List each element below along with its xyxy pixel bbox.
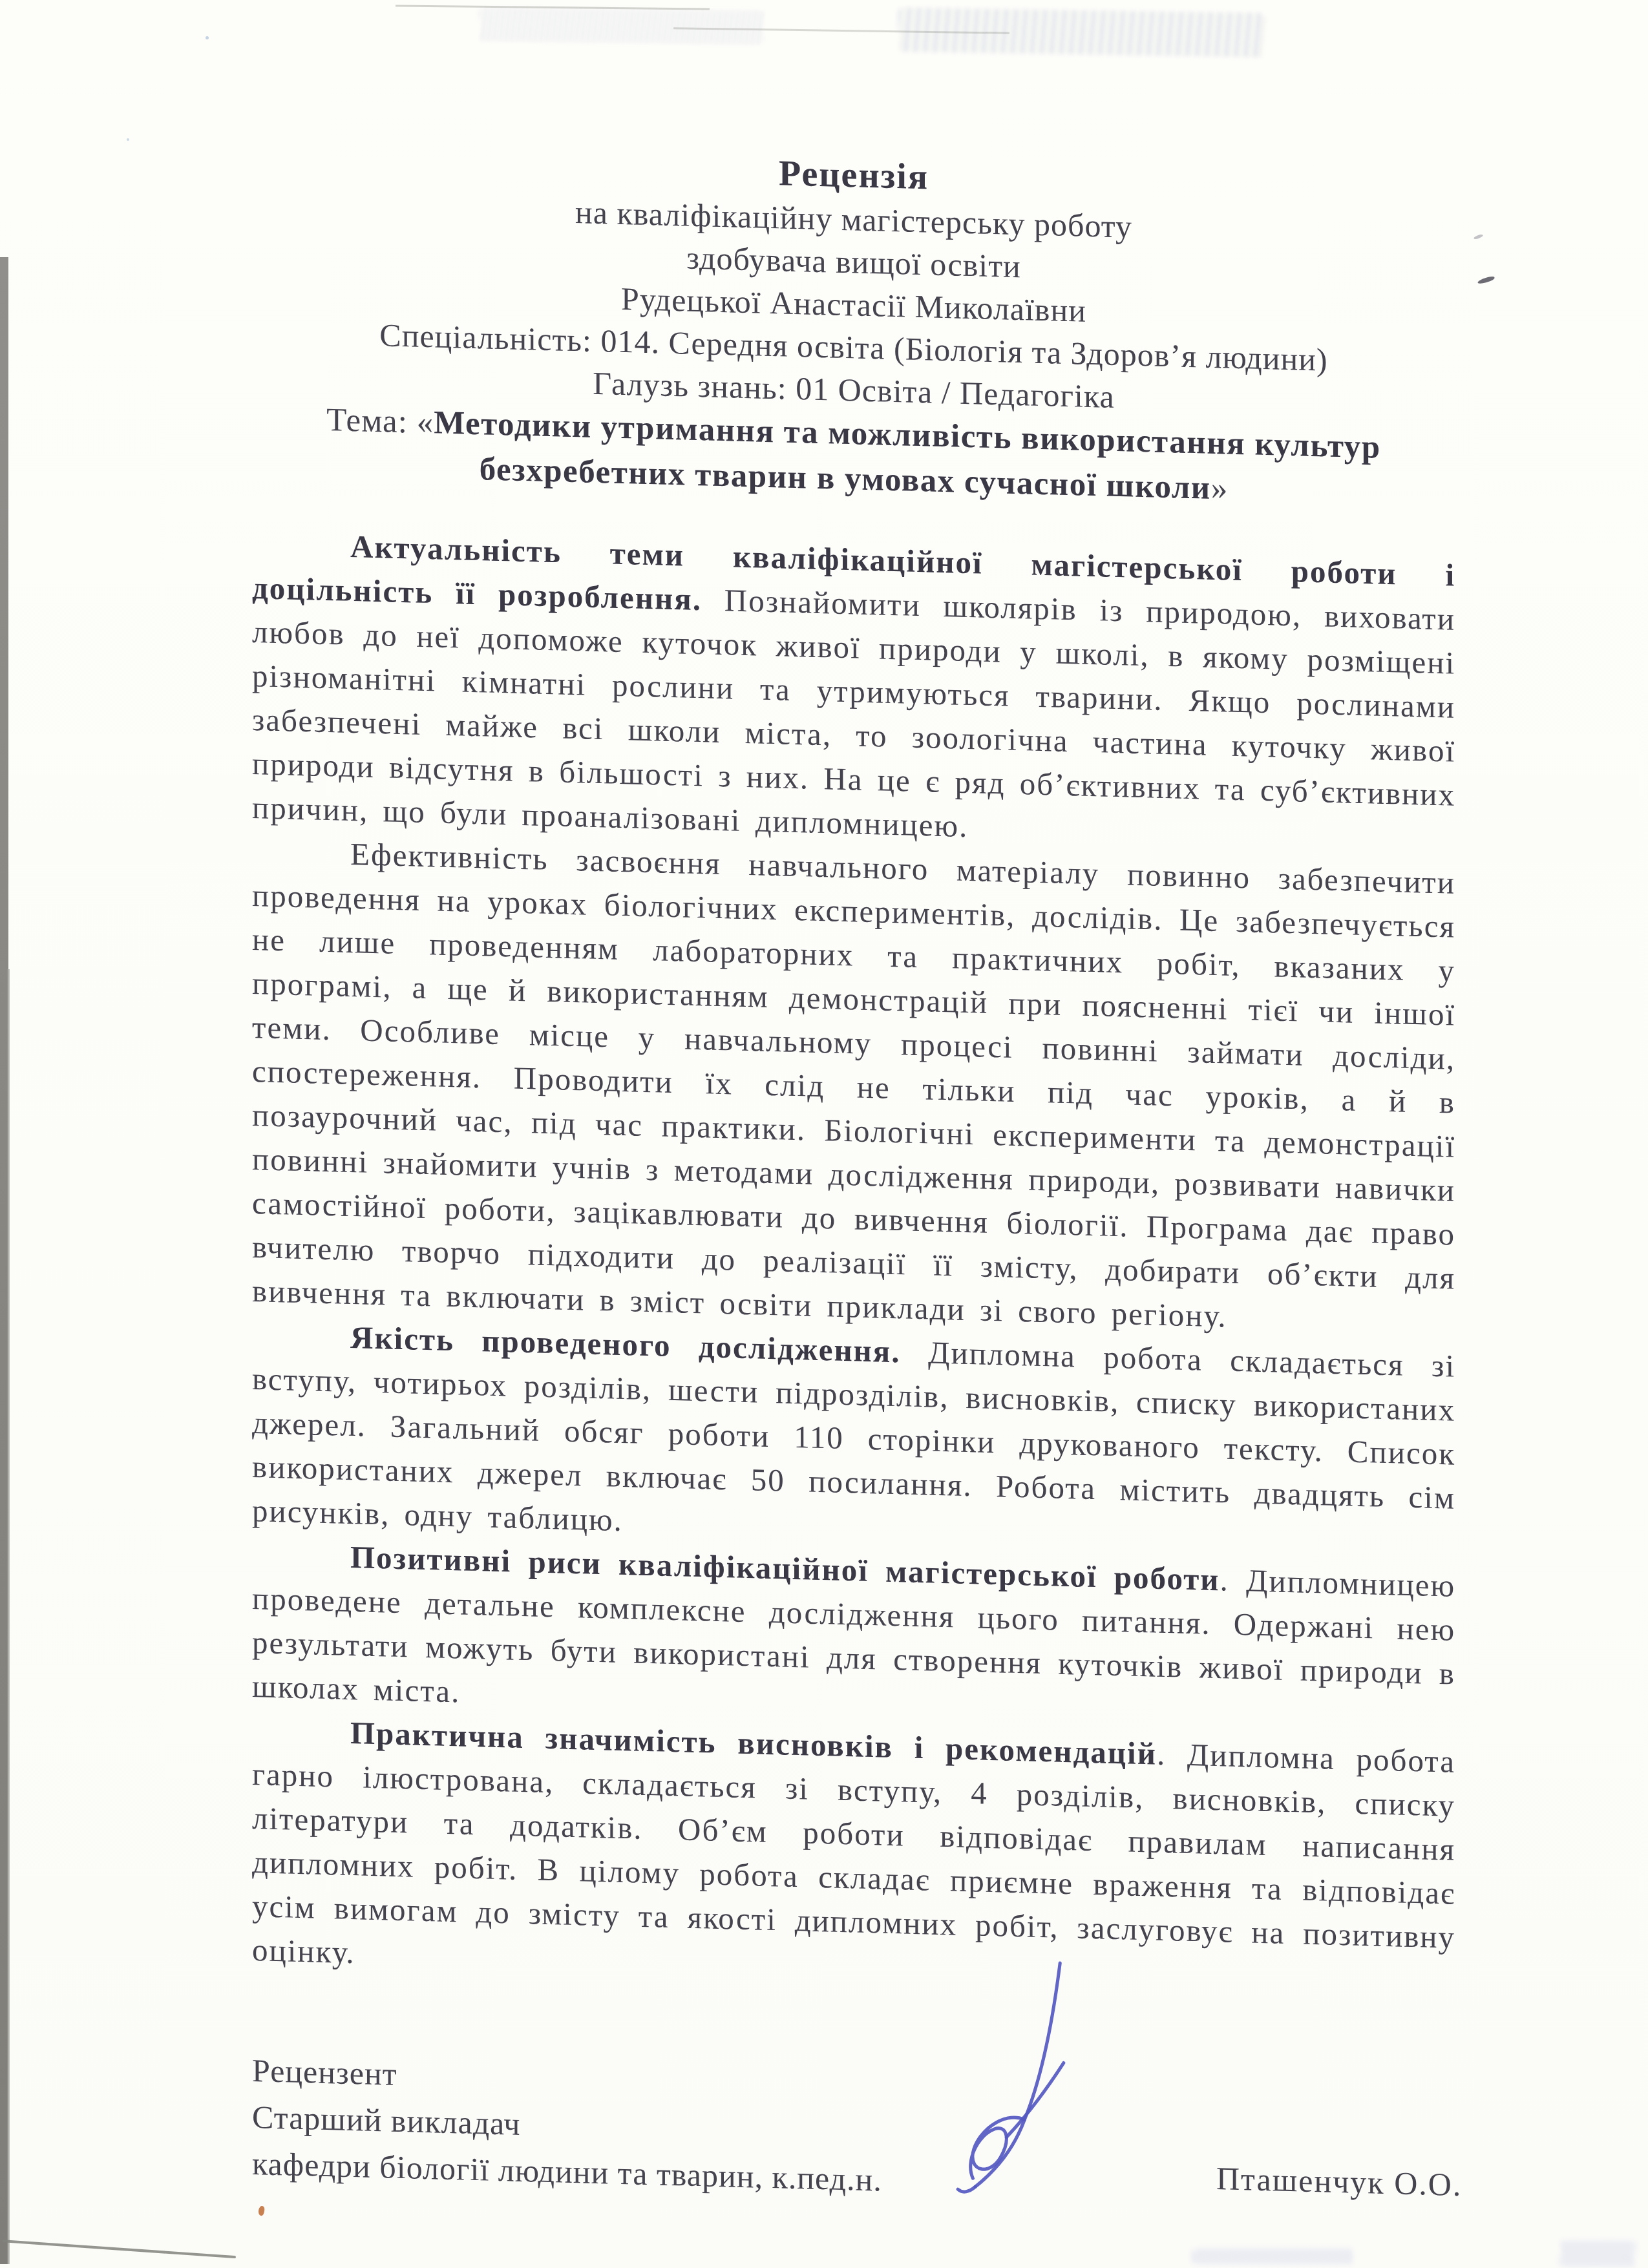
paragraph-practical: Практична значимість висновків і рекомен… [252, 1708, 1455, 2004]
pen-mark [1477, 275, 1495, 284]
scan-edge-strip-inner [7, 969, 10, 2264]
scanned-review-page: Рецензія на кваліфікаційну магістерську … [0, 0, 1648, 2268]
ink-smudge2 [1560, 2241, 1635, 2267]
review-body: Актуальність теми кваліфікаційної магіст… [252, 522, 1455, 2004]
signature-ink [902, 1953, 1102, 2198]
ink-smudge [1193, 2249, 1352, 2264]
paragraph-quality: Якість проведеного дослідження. Дипломна… [252, 1313, 1455, 1564]
paper-speck [258, 2205, 266, 2216]
dust-speck [206, 36, 209, 39]
paragraph-positives: Позитивні риси кваліфікаційної магістерс… [252, 1533, 1455, 1740]
document-header: Рецензія на кваліфікаційну магістерську … [252, 137, 1455, 518]
paragraph-effectiveness: Ефективність засвоєння навчального матер… [252, 830, 1455, 1345]
reviewer-name: Пташенчук О.О. [1216, 2155, 1462, 2208]
scan-artifact-line [3, 2240, 236, 2258]
topic-prefix: Тема: « [326, 402, 434, 441]
ink-bleedthrough2 [480, 7, 765, 44]
ink-bleedthrough [898, 8, 1265, 58]
paragraph-text: . Дипломна робота гарно ілюстрована, скл… [252, 1736, 1455, 1971]
topic-suffix: » [1211, 470, 1229, 507]
pen-mark-faint [1474, 234, 1484, 240]
paragraph-text: Познайомити школярів із природою, вихова… [252, 582, 1455, 844]
document-content: Рецензія на кваліфікаційну магістерську … [252, 137, 1455, 2218]
dust-speck [127, 138, 129, 141]
signature-block: Рецензент Старший викладач кафедри біоло… [252, 2047, 1455, 2218]
paragraph-text: Ефективність засвоєння навчального матер… [252, 836, 1455, 1334]
paragraph-relevance: Актуальність теми кваліфікаційної магіст… [252, 522, 1455, 861]
